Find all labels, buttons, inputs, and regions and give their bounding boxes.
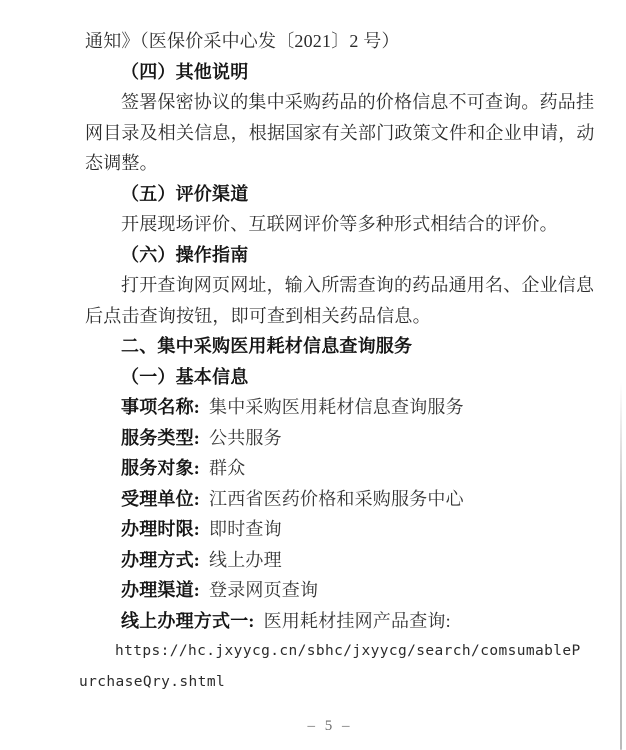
field-label: 服务对象:: [121, 458, 200, 478]
page-number: – 5 –: [85, 718, 575, 735]
section-heading-operation-guide: （六）操作指南: [85, 240, 575, 271]
field-row-processing-time: 办理时限:即时查询: [85, 514, 575, 545]
field-row-service-target: 服务对象:群众: [85, 453, 575, 484]
section-heading-other-notes: （四）其他说明: [85, 57, 575, 88]
field-value: 登录网页查询: [209, 580, 318, 600]
field-value: 公共服务: [209, 428, 282, 448]
field-row-online-method-one: 线上办理方式一:医用耗材挂网产品查询:: [85, 606, 575, 637]
field-label: 受理单位:: [121, 489, 200, 509]
field-label: 办理时限:: [121, 519, 200, 539]
field-value: 集中采购医用耗材信息查询服务: [209, 397, 464, 417]
query-url-line-2: urchaseQry.shtml: [79, 667, 575, 698]
field-label: 办理渠道:: [121, 580, 200, 600]
query-url-line-1: https://hc.jxyycg.cn/sbhc/jxyycg/search/…: [115, 636, 575, 667]
field-label: 办理方式:: [121, 550, 200, 570]
section-heading-evaluation-channel: （五）评价渠道: [85, 179, 575, 210]
paragraph-line: 打开查询网页网址，输入所需查询的药品通用名、企业信息: [85, 270, 575, 301]
basic-info-heading: （一）基本信息: [85, 362, 575, 393]
scan-edge-artifact: [620, 382, 622, 750]
intro-continuation-line: 通知》（医保价采中心发〔2021〕2 号）: [85, 26, 575, 57]
field-row-processing-channel: 办理渠道:登录网页查询: [85, 575, 575, 606]
paragraph-line: 开展现场评价、互联网评价等多种形式相结合的评价。: [85, 209, 575, 240]
document-body: 通知》（医保价采中心发〔2021〕2 号） （四）其他说明 签署保密协议的集中采…: [85, 26, 575, 697]
field-row-service-type: 服务类型:公共服务: [85, 423, 575, 454]
field-label: 线上办理方式一:: [121, 611, 255, 631]
field-value: 江西省医药价格和采购服务中心: [209, 489, 464, 509]
paragraph-line: 网目录及相关信息，根据国家有关部门政策文件和企业申请，动: [85, 118, 575, 149]
paragraph-line: 签署保密协议的集中采购药品的价格信息不可查询。药品挂: [85, 87, 575, 118]
paragraph-line: 态调整。: [85, 148, 575, 179]
field-row-processing-method: 办理方式:线上办理: [85, 545, 575, 576]
field-value: 即时查询: [209, 519, 282, 539]
field-row-accepting-unit: 受理单位:江西省医药价格和采购服务中心: [85, 484, 575, 515]
field-value: 医用耗材挂网产品查询:: [264, 611, 451, 631]
field-value: 线上办理: [209, 550, 282, 570]
part2-heading: 二、集中采购医用耗材信息查询服务: [85, 331, 575, 362]
field-label: 事项名称:: [121, 397, 200, 417]
paragraph-line: 后点击查询按钮，即可查到相关药品信息。: [85, 301, 575, 332]
field-row-item-name: 事项名称:集中采购医用耗材信息查询服务: [85, 392, 575, 423]
document-page: 通知》（医保价采中心发〔2021〕2 号） （四）其他说明 签署保密协议的集中采…: [0, 0, 626, 750]
field-value: 群众: [209, 458, 245, 478]
field-label: 服务类型:: [121, 428, 200, 448]
